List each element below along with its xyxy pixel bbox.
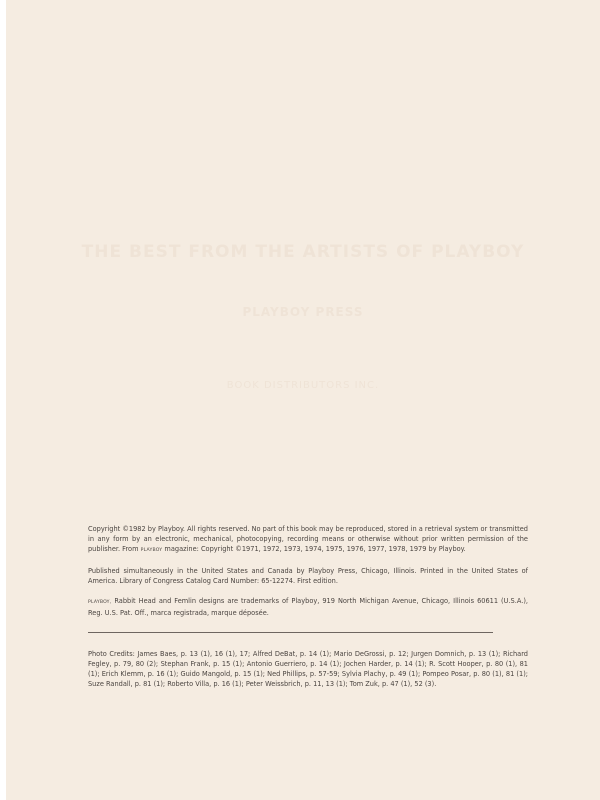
copyright-block: Copyright ©1982 by Playboy. All rights r… (88, 524, 528, 699)
playboy-smallcaps: PLAYBOY (141, 548, 163, 553)
playboy-smallcaps: PLAYBOY, (88, 600, 111, 605)
bleed-through-title: THE BEST FROM THE ARTISTS OF PLAYBOY (6, 242, 600, 262)
divider-rule (88, 632, 493, 633)
copyright-notice: Copyright ©1982 by Playboy. All rights r… (88, 524, 528, 556)
book-page: THE BEST FROM THE ARTISTS OF PLAYBOY PLA… (6, 0, 600, 800)
trademark-notice: PLAYBOY, Rabbit Head and Femlin designs … (88, 596, 528, 618)
bleed-through-distributor: BOOK DISTRIBUTORS INC. (6, 380, 600, 391)
bleed-through-publisher: PLAYBOY PRESS (6, 305, 600, 319)
photo-credits: Photo Credits: James Baes, p. 13 (1), 16… (88, 649, 528, 689)
publication-notice: Published simultaneously in the United S… (88, 566, 528, 586)
